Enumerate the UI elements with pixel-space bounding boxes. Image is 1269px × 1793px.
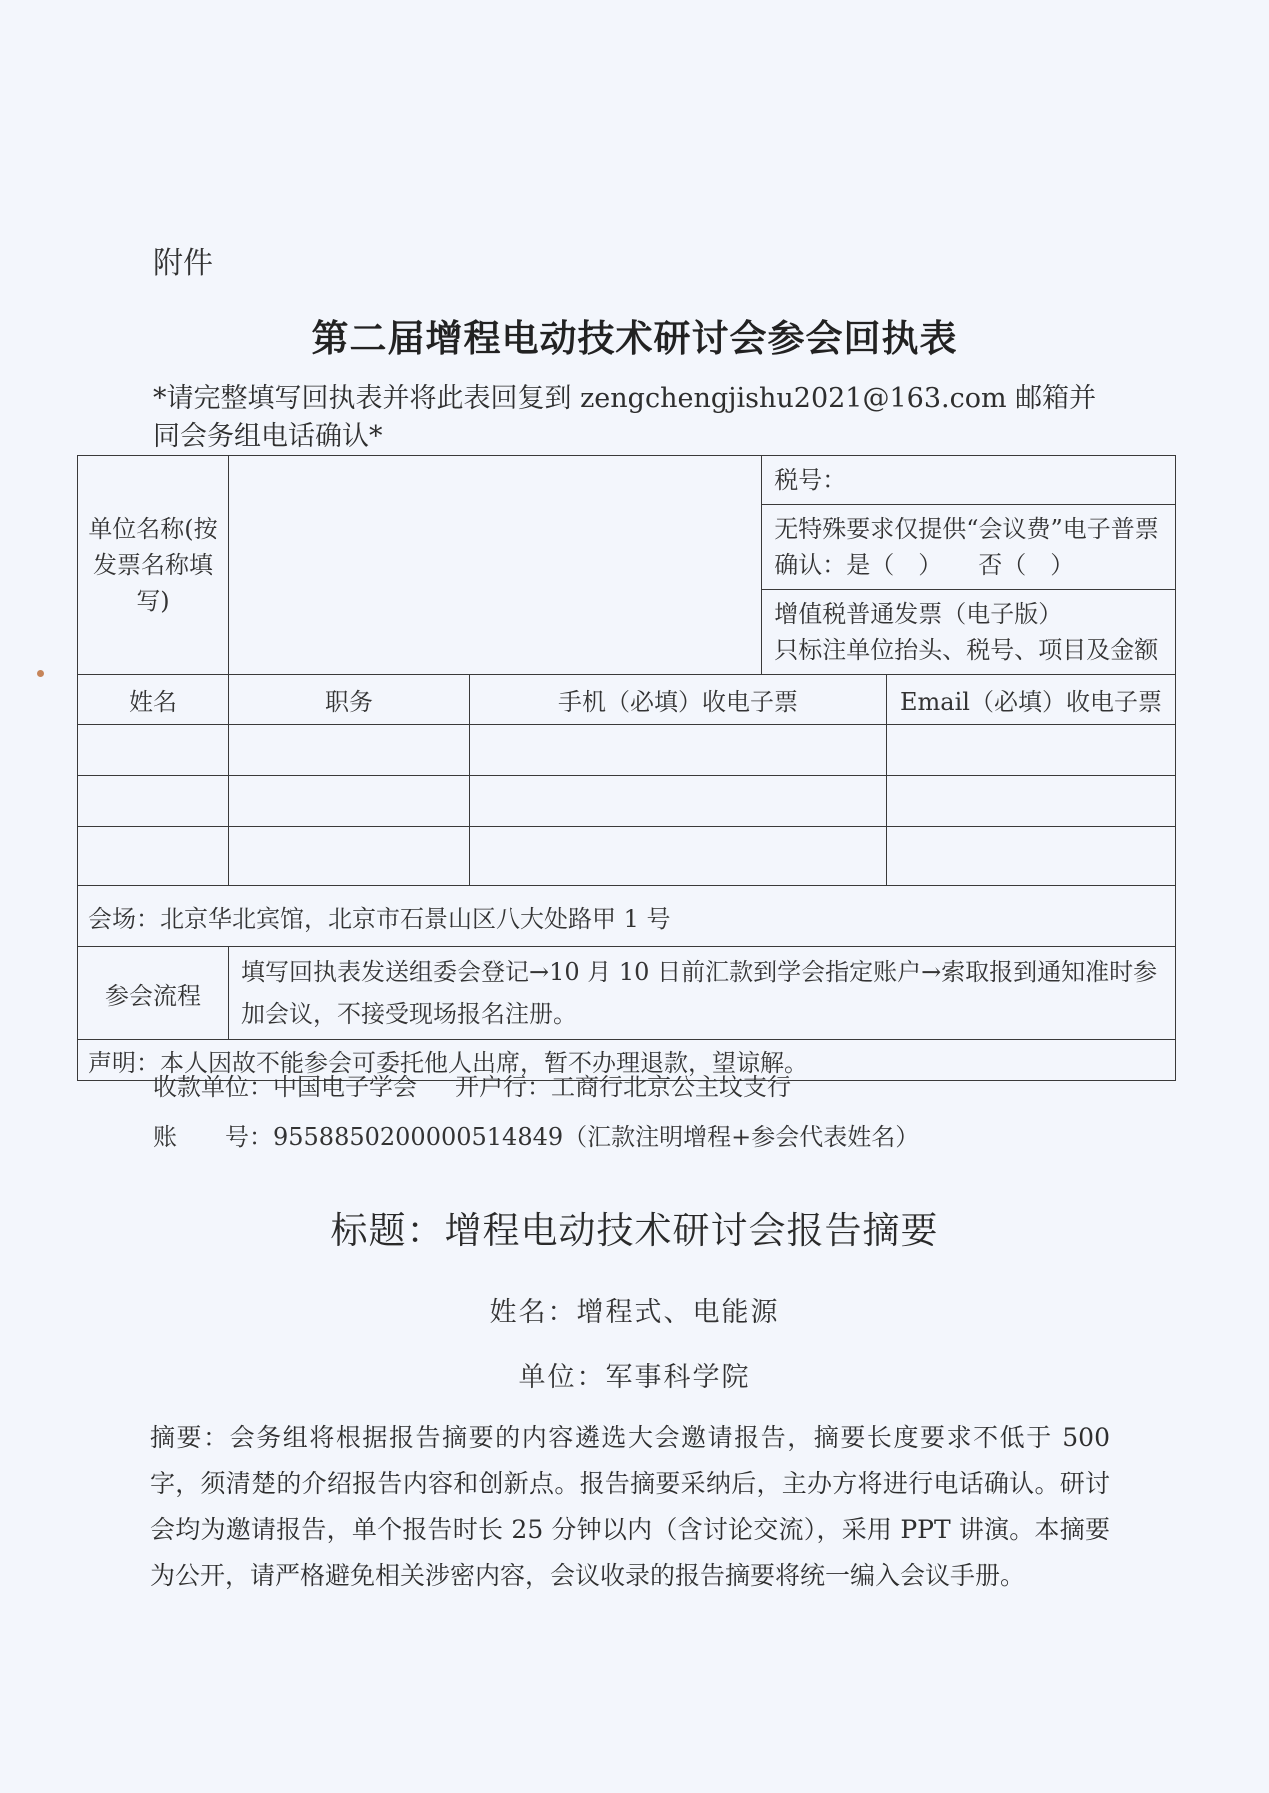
abstract-author-name: 姓名：增程式、电能源 [0,1290,1269,1329]
attendee-row [78,776,1176,827]
process-text: 填写回执表发送组委会登记→10 月 10 日前汇款到学会指定账户→索取报到通知准… [229,947,1176,1040]
unit-name-label: 单位名称(按发票名称填写) [78,456,229,675]
abstract-body: 摘要：会务组将根据报告摘要的内容遴选大会邀请报告，摘要长度要求不低于 500 字… [150,1415,1110,1599]
attendee-name-cell[interactable] [78,725,229,776]
unit-name-field[interactable] [229,456,762,675]
bank: 开户行：工商行北京公主坟支行 [455,1073,791,1101]
column-header-email: Email（必填）收电子票 [887,675,1176,725]
abstract-author-unit: 单位：军事科学院 [0,1355,1269,1394]
invoice-option-standard[interactable]: 无特殊要求仅提供“会议费”电子普票 确认：是（ ） 否（ ） [762,505,1176,590]
invoice-option-vat-title: 增值税普通发票（电子版） [774,596,1163,632]
attendee-mobile-cell[interactable] [470,725,887,776]
attendee-email-cell[interactable] [887,725,1176,776]
attendee-row [78,725,1176,776]
attendee-mobile-cell[interactable] [470,776,887,827]
invoice-option-vat[interactable]: 增值税普通发票（电子版） 只标注单位抬头、税号、项目及金额 [762,590,1176,675]
process-label: 参会流程 [78,947,229,1040]
attendee-position-cell[interactable] [229,776,470,827]
column-header-mobile: 手机（必填）收电子票 [470,675,887,725]
attendee-email-cell[interactable] [887,827,1176,886]
tax-id-field[interactable]: 税号： [762,456,1176,505]
invoice-option-vat-note: 只标注单位抬头、税号、项目及金额 [774,632,1163,668]
attachment-label: 附件 [153,238,213,282]
attendee-position-cell[interactable] [229,725,470,776]
tax-id-label: 税号： [774,466,846,494]
attendee-row [78,827,1176,886]
attendee-name-cell[interactable] [78,776,229,827]
attendee-name-cell[interactable] [78,827,229,886]
payment-account-line: 账 号：9558850200000514849（汇款注明增程+参会代表姓名） [153,1117,919,1152]
payment-payee-line: 收款单位：中国电子学会开户行：工商行北京公主坟支行 [153,1067,791,1102]
account-number: 9558850200000514849 [273,1123,563,1151]
form-title: 第二届增程电动技术研讨会参会回执表 [0,308,1269,362]
invoice-confirm-yes-no[interactable]: 确认：是（ ） 否（ ） [774,547,1163,583]
instructions: *请完整填写回执表并将此表回复到 zengchengjishu2021@163.… [153,380,1113,456]
invoice-option-standard-text: 无特殊要求仅提供“会议费”电子普票 [774,511,1163,547]
payee: 收款单位：中国电子学会 [153,1073,417,1101]
column-header-name: 姓名 [78,675,229,725]
attendee-mobile-cell[interactable] [470,827,887,886]
attendee-email-cell[interactable] [887,776,1176,827]
column-header-position: 职务 [229,675,470,725]
account-note: （汇款注明增程+参会代表姓名） [563,1123,919,1151]
abstract-title: 标题：增程电动技术研讨会报告摘要 [0,1200,1269,1254]
venue-info: 会场：北京华北宾馆，北京市石景山区八大处路甲 1 号 [78,886,1176,947]
account-label: 账 号： [153,1123,273,1151]
registration-form-table: 单位名称(按发票名称填写) 税号： 无特殊要求仅提供“会议费”电子普票 确认：是… [77,455,1176,1081]
attendee-position-cell[interactable] [229,827,470,886]
scan-speck [37,670,44,677]
